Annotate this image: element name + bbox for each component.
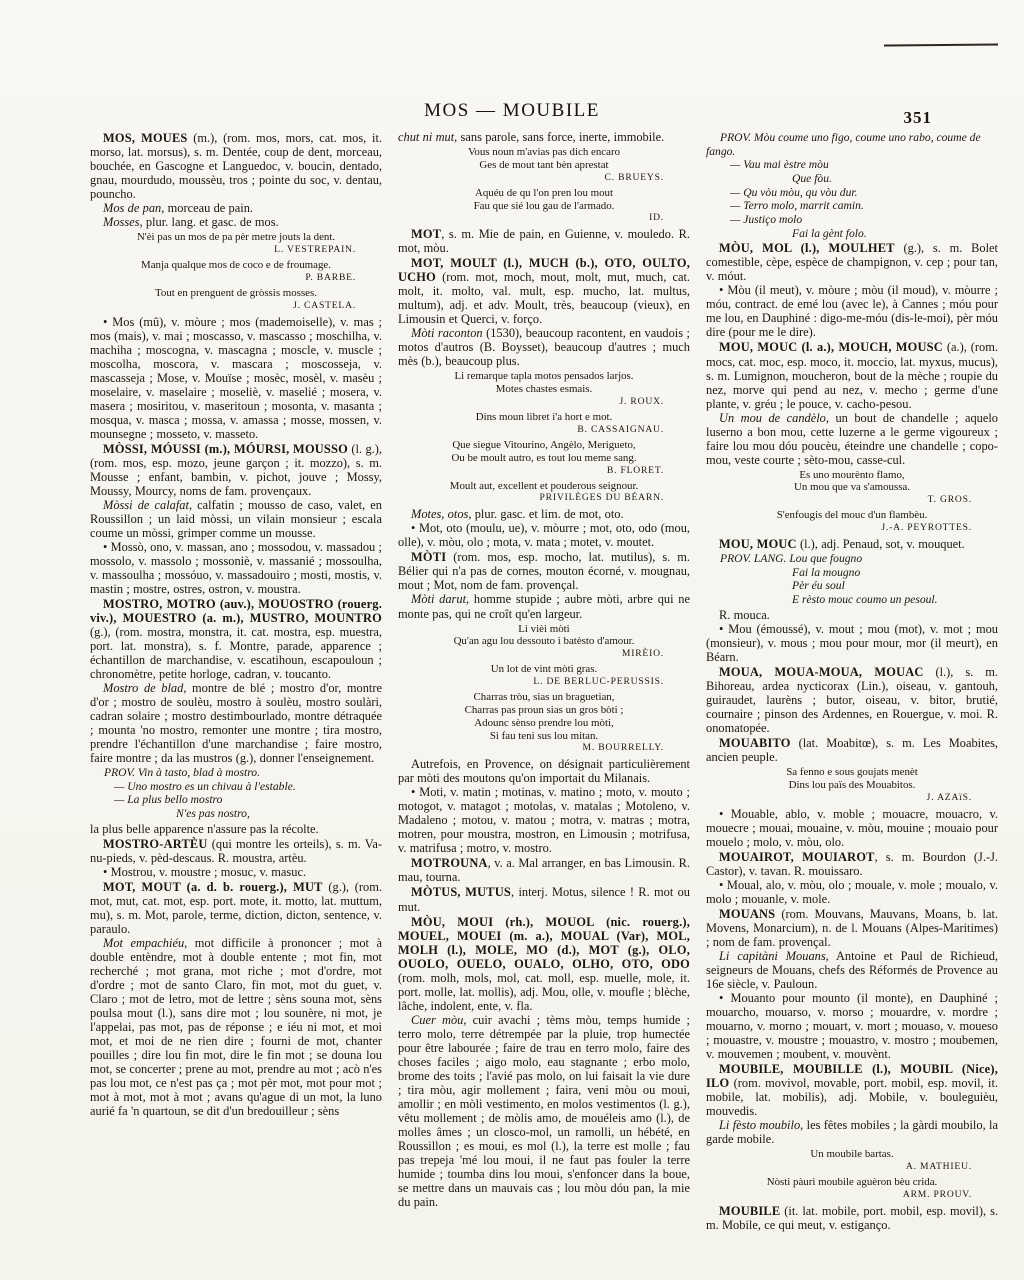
- column-1: MOS, MOUES (m.), (rom. mos, mors, cat. m…: [90, 130, 382, 1232]
- proverb-block: PROV. Mòu coume uno figo, coume uno rabo…: [706, 131, 998, 240]
- italic-lead: Motes, otos: [411, 507, 468, 521]
- headword: MOUBILE: [719, 1204, 780, 1218]
- verse-citation: Aquéu de qu l'on pren lou moutFau que si…: [398, 187, 690, 226]
- verse-line: Moult aut, excellent et pouderous seigno…: [398, 480, 690, 493]
- column-2: chut ni mut, sans parole, sans force, in…: [398, 130, 690, 1232]
- proverb-line: Pèr éu soul: [706, 579, 998, 593]
- citation-author: C. BRUEYS.: [398, 172, 690, 185]
- proverb-line: PROV. LANG. Lou que fougno: [706, 552, 998, 566]
- citation-author: ID.: [398, 212, 690, 225]
- verse-line: Ges de mout tant bèn aprestat: [398, 159, 690, 172]
- verse-line: Aquéu de qu l'on pren lou mout: [398, 187, 690, 200]
- entry-text: (rom. molh, mols, mol, cat. moll, esp. m…: [398, 971, 690, 1013]
- italic-lead: Li capitàni Mouans: [719, 949, 826, 963]
- citation-author: MIRÈIO.: [398, 648, 690, 661]
- dictionary-entry: MOUA, MOUA-MOUA, MOUAC (l.), s. m. Bihor…: [706, 665, 998, 735]
- italic-lead: Un mou de candèlo: [719, 411, 826, 425]
- italic-lead: Mòti darut: [411, 592, 466, 606]
- citation-author: B. CASSAIGNAU.: [398, 424, 690, 437]
- definition-paragraph: Un mou de candèlo, un bout de chandelle …: [706, 411, 998, 467]
- verse-line: Si fau teni sus lou mitan.: [398, 730, 690, 743]
- verse-line: S'enfougis del mouc d'un flambèu.: [706, 509, 998, 522]
- cross-reference-paragraph: • Moti, v. matin ; motinas, v. matino ; …: [398, 785, 690, 855]
- dictionary-entry: MOU, MOUC (l.), adj. Penaud, sot, v. mou…: [706, 537, 998, 551]
- verse-line: Que siegue Vitourino, Angèlo, Merigueto,: [398, 439, 690, 452]
- verse-line: Motes chastes esmais.: [398, 383, 690, 396]
- page-number: 351: [904, 108, 933, 128]
- verse-citation: Li vièi mòtiQu'an agu lou dessouto i bat…: [398, 623, 690, 662]
- verse-citation: Es uno mourènto flamo,Un mou que va s'am…: [706, 469, 998, 508]
- cross-reference-paragraph: • Mossò, ono, v. massan, ano ; mossodou,…: [90, 540, 382, 596]
- citation-author: ARM. PROUV.: [706, 1189, 998, 1202]
- citation-author: P. BARBE.: [90, 272, 382, 285]
- proverb-line: — Justiço molo: [706, 213, 998, 227]
- entry-text: , cuir avachi ; tèms mòu, temps humide ;…: [398, 1013, 690, 1209]
- proverb-line: Fai la mougno: [706, 566, 998, 580]
- citation-author: L. DE BERLUC-PERUSSIS.: [398, 676, 690, 689]
- proverb-line: — Qu vòu mòu, qu vòu dur.: [706, 186, 998, 200]
- headword: MOS, MOUES: [103, 131, 188, 145]
- definition-paragraph: chut ni mut, sans parole, sans force, in…: [398, 130, 690, 144]
- italic-lead: Mosses: [103, 215, 139, 229]
- column-3: PROV. Mòu coume uno figo, coume uno rabo…: [706, 130, 998, 1232]
- citation-author: J. AZAïS.: [706, 792, 998, 805]
- proverb-line: Que fòu.: [706, 172, 998, 186]
- verse-line: N'èi pas un mos de pa pèr metre jouts la…: [90, 231, 382, 244]
- headword: MOU, MOUC: [719, 537, 797, 551]
- definition-paragraph: Mot empachiéu, mot difficile à prononcer…: [90, 936, 382, 1118]
- proverb-line: PROV. Vin à tasto, blad à mostro.: [90, 766, 382, 780]
- headword: MÒTI: [411, 550, 446, 564]
- citation-author: J.-A. PEYROTTES.: [706, 522, 998, 535]
- verse-line: Es uno mourènto flamo,: [706, 469, 998, 482]
- headword: MOT: [411, 227, 441, 241]
- proverb-block: PROV. Vin à tasto, blad à mostro.— Uno m…: [90, 766, 382, 821]
- headword: MOU, MOUC (l. a.), MOUCH, MOUSC: [719, 340, 943, 354]
- cross-reference-paragraph: • Mos (mû), v. mòure ; mos (mademoiselle…: [90, 315, 382, 441]
- entry-text: (rom. mot, moch, mout, molt, mut, much, …: [398, 270, 690, 326]
- italic-lead: Mostro de blad: [103, 681, 183, 695]
- definition-paragraph: Mòssi de calafat, calfatin ; mousso de c…: [90, 498, 382, 540]
- citation-author: PRIVILÈGES DU BÉARN.: [398, 492, 690, 505]
- dictionary-entry: MOUBILE (it. lat. mobile, port. mobil, e…: [706, 1204, 998, 1232]
- dictionary-entry: MOUABITO (lat. Moabitœ), s. m. Les Moabi…: [706, 736, 998, 764]
- italic-lead: Mot empachiéu: [103, 936, 184, 950]
- definition-paragraph: Mosses, plur. lang. et gasc. de mos.: [90, 215, 382, 229]
- dictionary-entry: MOUBILE, MOUBILLE (l.), MOUBIL (Nice), I…: [706, 1062, 998, 1118]
- verse-line: Un moubile bartas.: [706, 1148, 998, 1161]
- headword: MOT, MOUT (a. d. b. rouerg.), MUT: [103, 880, 323, 894]
- verse-citation: Sa fenno e sous goujats menètDins lou pa…: [706, 766, 998, 805]
- dictionary-entry: MOUANS (rom. Mouvans, Mauvans, Moans, b.…: [706, 907, 998, 949]
- verse-citation: Charras tròu, sias un braguetian,Charras…: [398, 691, 690, 755]
- entry-text: , plur. gasc. et lim. de mot, oto.: [468, 507, 623, 521]
- citation-author: M. BOURRELLY.: [398, 742, 690, 755]
- verse-citation: Li remarque tapla motos pensados larjos.…: [398, 370, 690, 409]
- citation-author: T. GROS.: [706, 494, 998, 507]
- verse-line: Fau que sié lou gau de l'armado.: [398, 200, 690, 213]
- verse-citation: N'èi pas un mos de pa pèr metre jouts la…: [90, 231, 382, 257]
- cross-reference-paragraph: • Mòu (il meut), v. mòure ; mòu (il moud…: [706, 283, 998, 339]
- verse-line: Charras tròu, sias un braguetian,: [398, 691, 690, 704]
- definition-paragraph: Mòti raconton (1530), beaucoup racontent…: [398, 326, 690, 368]
- proverb-line: — Vau mai èstre mòu: [706, 158, 998, 172]
- verse-citation: Nòsti pàuri moubile aguèron bèu crida.AR…: [706, 1176, 998, 1202]
- verse-line: Ou be moult autro, es tout lou meme sang…: [398, 452, 690, 465]
- entry-text: (rom. movivol, movable, port. mobil, esp…: [706, 1076, 998, 1118]
- italic-lead: Mòssi de calafat: [103, 498, 189, 512]
- proverb-line: PROV. Mòu coume uno figo, coume uno rabo…: [706, 131, 998, 158]
- dictionary-entry: MOU, MOUC (l. a.), MOUCH, MOUSC (a.), (r…: [706, 340, 998, 410]
- dictionary-entry: MOT, s. m. Mie de pain, en Guienne, v. m…: [398, 227, 690, 255]
- citation-author: J. ROUX.: [398, 396, 690, 409]
- entry-text: , plur. lang. et gasc. de mos.: [139, 215, 278, 229]
- dictionary-entry: MOS, MOUES (m.), (rom. mos, mors, cat. m…: [90, 131, 382, 201]
- verse-line: Sa fenno e sous goujats menèt: [706, 766, 998, 779]
- text-paragraph: R. mouca.: [706, 608, 998, 622]
- dictionary-entry: MOT, MOULT (l.), MUCH (b.), OTO, OULTO, …: [398, 256, 690, 326]
- entry-text: , sans parole, sans force, inerte, immob…: [454, 130, 664, 144]
- verse-line: Un lot de vint mòti gras.: [398, 663, 690, 676]
- italic-lead: Mòti raconton: [411, 326, 483, 340]
- text-paragraph: Autrefois, en Provence, on désignait par…: [398, 757, 690, 785]
- verse-citation: Vous noun m'avias pas dich encaroGes de …: [398, 146, 690, 185]
- citation-author: L. VESTREPAIN.: [90, 244, 382, 257]
- verse-line: Dins lou païs des Mouabitos.: [706, 779, 998, 792]
- headword: MOUABITO: [719, 736, 791, 750]
- citation-author: J. CASTELA.: [90, 300, 382, 313]
- headword: MOSTRO, MOTRO (auv.), MOUOSTRO (rouerg. …: [90, 597, 382, 625]
- definition-paragraph: Mos de pan, morceau de pain.: [90, 201, 382, 215]
- proverb-line: N'es pas nostro,: [90, 807, 382, 821]
- entry-text: (g.), (rom. mostra, monstra, it. cat. mo…: [90, 625, 382, 681]
- verse-citation: Un lot de vint mòti gras.L. DE BERLUC-PE…: [398, 663, 690, 689]
- verse-citation: Que siegue Vitourino, Angèlo, Merigueto,…: [398, 439, 690, 478]
- verse-citation: Dins moun libret i'a hort e mot.B. CASSA…: [398, 411, 690, 437]
- proverb-line: E rèsto mouc coumo un pesoul.: [706, 593, 998, 607]
- headword: MÒU, MOUI (rh.), MOUOL (nic. rouerg.), M…: [398, 915, 690, 971]
- verse-citation: S'enfougis del mouc d'un flambèu.J.-A. P…: [706, 509, 998, 535]
- definition-paragraph: Li capitàni Mouans, Antoine et Paul de R…: [706, 949, 998, 991]
- citation-author: A. MATHIEU.: [706, 1161, 998, 1174]
- headword: MÒU, MOL (l.), MOULHET: [719, 241, 895, 255]
- verse-line: Un mou que va s'amoussa.: [706, 481, 998, 494]
- cross-reference-paragraph: • Mostrou, v. moustre ; mosuc, v. masuc.: [90, 865, 382, 879]
- verse-citation: Moult aut, excellent et pouderous seigno…: [398, 480, 690, 506]
- cross-reference-paragraph: • Mot, oto (moulu, ue), v. mòurre ; mot,…: [398, 521, 690, 549]
- definition-paragraph: Mostro de blad, montre de blé ; mostro d…: [90, 681, 382, 765]
- dictionary-entry: MÒTUS, MUTUS, interj. Motus, silence ! R…: [398, 885, 690, 913]
- running-head-title: MOS — MOUBILE: [0, 100, 1024, 122]
- headword: MÒTUS, MUTUS: [411, 885, 511, 899]
- dictionary-entry: MOSTRO-ARTÈU (qui montre les orteils), s…: [90, 837, 382, 865]
- dictionary-entry: MOT, MOUT (a. d. b. rouerg.), MUT (g.), …: [90, 880, 382, 936]
- verse-line: Dins moun libret i'a hort e mot.: [398, 411, 690, 424]
- headword: MOUAIROT, MOUIAROT: [719, 850, 875, 864]
- dictionary-entry: MOUAIROT, MOUIAROT, s. m. Bourdon (J.-J.…: [706, 850, 998, 878]
- italic-lead: chut ni mut: [398, 130, 454, 144]
- headword: MOUANS: [719, 907, 775, 921]
- dictionary-entry: MÒTI (rom. mos, esp. mocho, lat. mutilus…: [398, 550, 690, 592]
- dictionary-entry: MÒU, MOL (l.), MOULHET (g.), s. m. Bolet…: [706, 241, 998, 283]
- italic-lead: Mos de pan: [103, 201, 161, 215]
- entry-text: (l.), adj. Penaud, sot, v. mouquet.: [797, 537, 965, 551]
- entry-text: , s. m. Mie de pain, en Guienne, v. moul…: [398, 227, 690, 255]
- verse-line: Li vièi mòti: [398, 623, 690, 636]
- verse-line: Adounc sènso prendre lou mòti,: [398, 717, 690, 730]
- proverb-line: — Terro molo, marrit camin.: [706, 199, 998, 213]
- headword: MOTROUNA: [411, 856, 488, 870]
- verse-line: Manja qualque mos de coco e de froumage.: [90, 259, 382, 272]
- dictionary-page: MOS — MOUBILE 351 MOS, MOUES (m.), (rom.…: [0, 0, 1024, 1280]
- definition-paragraph: Motes, otos, plur. gasc. et lim. de mot,…: [398, 507, 690, 521]
- verse-line: Charras pas proun sias un gros bòti ;: [398, 704, 690, 717]
- dictionary-entry: MÒU, MOUI (rh.), MOUOL (nic. rouerg.), M…: [398, 915, 690, 1013]
- verse-line: Li remarque tapla motos pensados larjos.: [398, 370, 690, 383]
- italic-lead: Li fèsto moubilo: [719, 1118, 800, 1132]
- verse-line: Qu'an agu lou dessouto i batèsto d'amour…: [398, 635, 690, 648]
- text-paragraph: la plus belle apparence n'assure pas la …: [90, 822, 382, 836]
- dictionary-entry: MÒSSI, MÓUSSI (m.), MÓURSI, MOUSSO (l. g…: [90, 442, 382, 498]
- text-columns: MOS, MOUES (m.), (rom. mos, mors, cat. m…: [90, 130, 1000, 1232]
- definition-paragraph: Li fèsto moubilo, les fêtes mobiles ; la…: [706, 1118, 998, 1146]
- entry-text: , mot difficile à prononcer ; mot à doub…: [90, 936, 382, 1118]
- cross-reference-paragraph: • Mou (émoussé), v. mout ; mou (mot), v.…: [706, 622, 998, 664]
- proverb-block: PROV. LANG. Lou que fougnoFai la mougnoP…: [706, 552, 998, 607]
- proverb-line: Fai la gènt folo.: [706, 227, 998, 241]
- verse-citation: Tout en prenguent de gròssis mosses.J. C…: [90, 287, 382, 313]
- cross-reference-paragraph: • Moual, alo, v. mòu, olo ; mouale, v. m…: [706, 878, 998, 906]
- verse-line: Vous noun m'avias pas dich encaro: [398, 146, 690, 159]
- cross-reference-paragraph: • Mouable, ablo, v. moble ; mouacre, mou…: [706, 807, 998, 849]
- verse-line: Nòsti pàuri moubile aguèron bèu crida.: [706, 1176, 998, 1189]
- dictionary-entry: MOSTRO, MOTRO (auv.), MOUOSTRO (rouerg. …: [90, 597, 382, 681]
- headword: MÒSSI, MÓUSSI (m.), MÓURSI, MOUSSO: [103, 442, 348, 456]
- entry-text: , morceau de pain.: [161, 201, 253, 215]
- proverb-line: — Uno mostro es un chivau à l'estable.: [90, 780, 382, 794]
- dictionary-entry: MOTROUNA, v. a. Mal arranger, en bas Lim…: [398, 856, 690, 884]
- proverb-line: — La plus bello mostro: [90, 793, 382, 807]
- headword: MOSTRO-ARTÈU: [103, 837, 208, 851]
- verse-citation: Manja qualque mos de coco e de froumage.…: [90, 259, 382, 285]
- page-edge-rule: [884, 44, 998, 47]
- italic-lead: Cuer mòu: [411, 1013, 463, 1027]
- cross-reference-paragraph: • Mouanto pour mounto (il monte), en Dau…: [706, 991, 998, 1061]
- definition-paragraph: Mòti darut, homme stupide ; aubre mòti, …: [398, 592, 690, 620]
- citation-author: B. FLORET.: [398, 465, 690, 478]
- verse-line: Tout en prenguent de gròssis mosses.: [90, 287, 382, 300]
- verse-citation: Un moubile bartas.A. MATHIEU.: [706, 1148, 998, 1174]
- definition-paragraph: Cuer mòu, cuir avachi ; tèms mòu, temps …: [398, 1013, 690, 1209]
- headword: MOUA, MOUA-MOUA, MOUAC: [719, 665, 924, 679]
